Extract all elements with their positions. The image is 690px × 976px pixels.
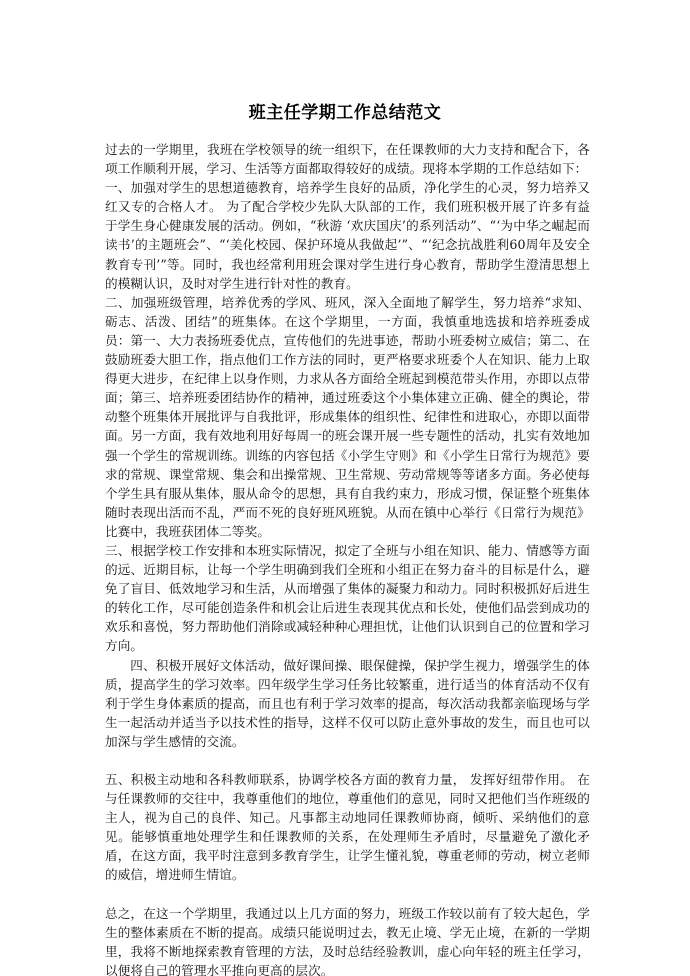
document-title: 班主任学期工作总结范文 bbox=[0, 98, 690, 123]
paragraph-section-4-sports-activities: 四、积极开展好文体活动，做好课间操、眼保健操，保护学生视力，增强学生的体质，提高… bbox=[105, 656, 590, 751]
document-page: 班主任学期工作总结范文 过去的一学期里，我班在学校领导的统一组织下，在任课教师的… bbox=[0, 0, 690, 976]
paragraph-section-1-moral-education: 一、加强对学生的思想道德教育，培养学生良好的品质，净化学生的心灵，努力培养又红又… bbox=[105, 178, 590, 293]
paragraph-section-3-goals: 三、根据学校工作安排和本班实际情况，拟定了全班与小组在知识、能力、情感等方面的远… bbox=[105, 541, 590, 656]
paragraph-section-2-class-management: 二、加强班级管理，培养优秀的学风、班风，深入全面地了解学生，努力培养“求知、砺志… bbox=[105, 293, 590, 541]
paragraph-section-5-teacher-liaison: 五、积极主动地和各科教师联系，协调学校各方面的教育力量， 发挥好纽带作用。 在与… bbox=[105, 770, 590, 885]
paragraph-intro: 过去的一学期里，我班在学校领导的统一组织下，在任课教师的大力支持和配合下，各项工… bbox=[105, 140, 590, 178]
document-body: 过去的一学期里，我班在学校领导的统一组织下，在任课教师的大力支持和配合下，各项工… bbox=[105, 140, 590, 976]
paragraph-conclusion: 总之，在这一个学期里，我通过以上几方面的努力，班级工作较以前有了较大起色，学生的… bbox=[105, 904, 590, 976]
